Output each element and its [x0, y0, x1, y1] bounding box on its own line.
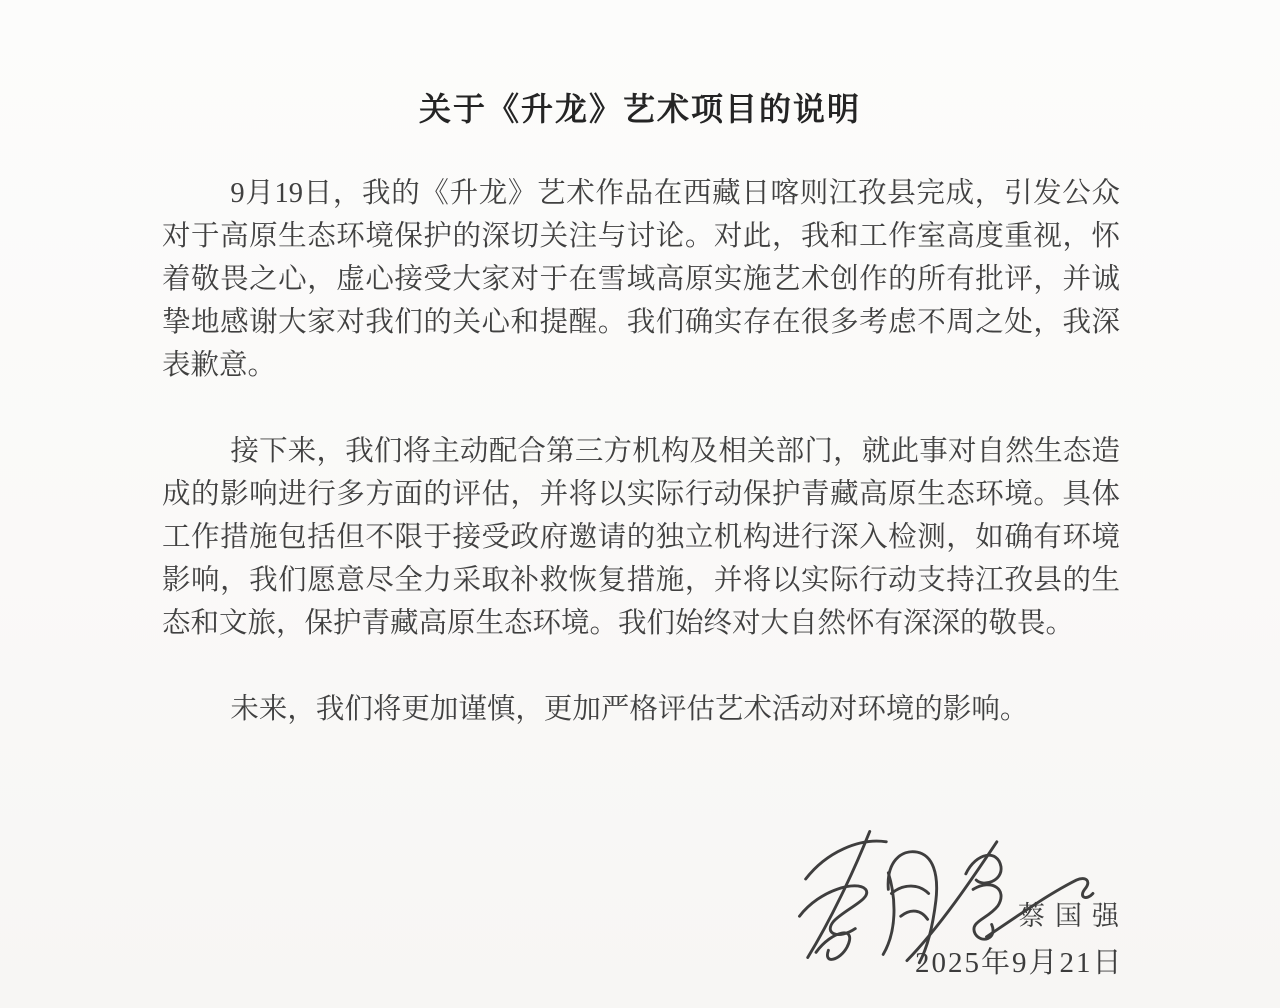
- document-body: 9月19日，我的《升龙》艺术作品在西藏日喀则江孜县完成，引发公众对于高原生态环境…: [162, 172, 1120, 731]
- signatory-name: 蔡国强: [1018, 894, 1129, 933]
- paragraph-2: 接下来，我们将主动配合第三方机构及相关部门，就此事对自然生态造成的影响进行多方面…: [162, 430, 1120, 645]
- document-title: 关于《升龙》艺术项目的说明: [0, 84, 1280, 130]
- signature-block: 蔡国强 2025年9月21日: [760, 812, 1200, 1002]
- signature-date: 2025年9月21日: [915, 940, 1124, 981]
- paragraph-1: 9月19日，我的《升龙》艺术作品在西藏日喀则江孜县完成，引发公众对于高原生态环境…: [162, 172, 1120, 387]
- document-page: 关于《升龙》艺术项目的说明 9月19日，我的《升龙》艺术作品在西藏日喀则江孜县完…: [0, 0, 1280, 1008]
- paragraph-3: 未来，我们将更加谨慎，更加严格评估艺术活动对环境的影响。: [162, 688, 1120, 731]
